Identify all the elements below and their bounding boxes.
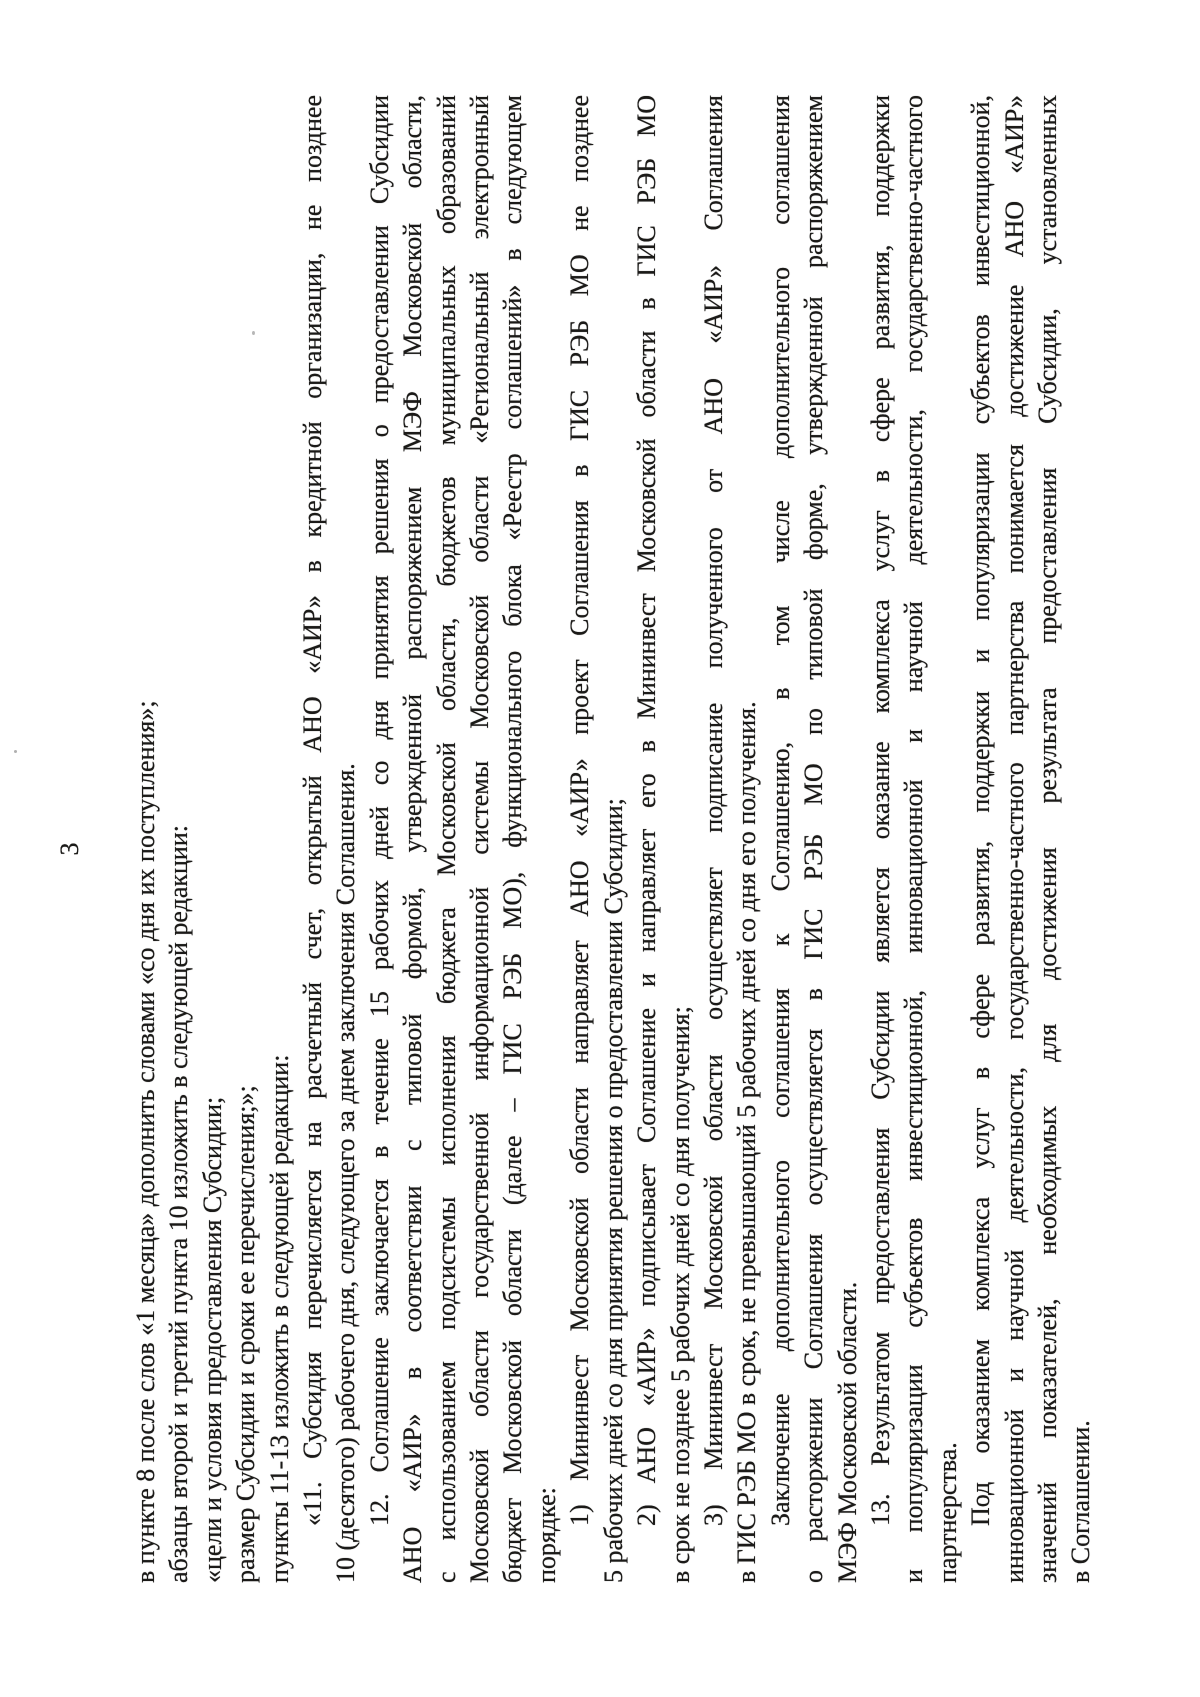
text-line: и популяризации субъектов инвестиционной… bbox=[897, 95, 930, 1583]
text-line: 13. Результатом предоставления Субсидии … bbox=[864, 95, 897, 1583]
text-line: Под оказанием комплекса услуг в сфере ра… bbox=[964, 95, 997, 1583]
scanned-page: 3 в пункте 8 после слов «1 месяца» допол… bbox=[0, 0, 1200, 1697]
text-line: бюджет Московской области (далее – ГИС Р… bbox=[496, 95, 529, 1583]
text-line: размер Субсидии и сроки ее перечисления;… bbox=[229, 95, 262, 1583]
text-line: 2) АНО «АИР» подписывает Соглашение и на… bbox=[630, 95, 663, 1583]
text-line: в срок не позднее 5 рабочих дней со дня … bbox=[664, 95, 697, 1583]
text-line: пункты 11-13 изложить в следующей редакц… bbox=[263, 95, 296, 1583]
scan-speck bbox=[252, 331, 255, 335]
text-line: в пункте 8 после слов «1 месяца» дополни… bbox=[129, 95, 162, 1583]
document-canvas: 3 в пункте 8 после слов «1 месяца» допол… bbox=[0, 0, 1200, 1697]
text-line: инновационной и научной деятельности, го… bbox=[998, 95, 1031, 1583]
text-line: в ГИС РЭБ МО в срок, не превышающий 5 ра… bbox=[730, 95, 763, 1583]
text-line: 12. Соглашение заключается в течение 15 … bbox=[363, 95, 396, 1583]
text-line: 1) Мининвест Московской области направля… bbox=[563, 95, 596, 1583]
text-line: о расторжении Соглашения осуществляется … bbox=[797, 95, 830, 1583]
text-block: в пункте 8 после слов «1 месяца» дополни… bbox=[129, 95, 1098, 1583]
scan-speck bbox=[14, 750, 17, 753]
text-line: с использованием подсистемы исполнения б… bbox=[430, 95, 463, 1583]
text-line: абзацы второй и третий пункта 10 изложит… bbox=[162, 95, 195, 1583]
text-line: «цели и условия предоставления Субсидии; bbox=[196, 95, 229, 1583]
text-line: 5 рабочих дней со дня принятия решения о… bbox=[597, 95, 630, 1583]
text-line: «11. Субсидия перечисляется на расчетный… bbox=[296, 95, 329, 1583]
text-line: Московской области государственной инфор… bbox=[463, 95, 496, 1583]
text-line: 10 (десятого) рабочего дня, следующего з… bbox=[329, 95, 362, 1583]
text-line: значений показателей, необходимых для до… bbox=[1031, 95, 1064, 1583]
text-line: Заключение дополнительного соглашения к … bbox=[764, 95, 797, 1583]
text-line: АНО «АИР» в соответствии с типовой формо… bbox=[396, 95, 429, 1583]
text-line: МЭФ Московской области. bbox=[831, 95, 864, 1583]
text-line: порядке: bbox=[530, 95, 563, 1583]
text-line: 3) Мининвест Московской области осуществ… bbox=[697, 95, 730, 1583]
text-line: партнерства. bbox=[931, 95, 964, 1583]
text-line: в Соглашении. bbox=[1064, 95, 1097, 1583]
page-number: 3 bbox=[56, 0, 83, 1697]
